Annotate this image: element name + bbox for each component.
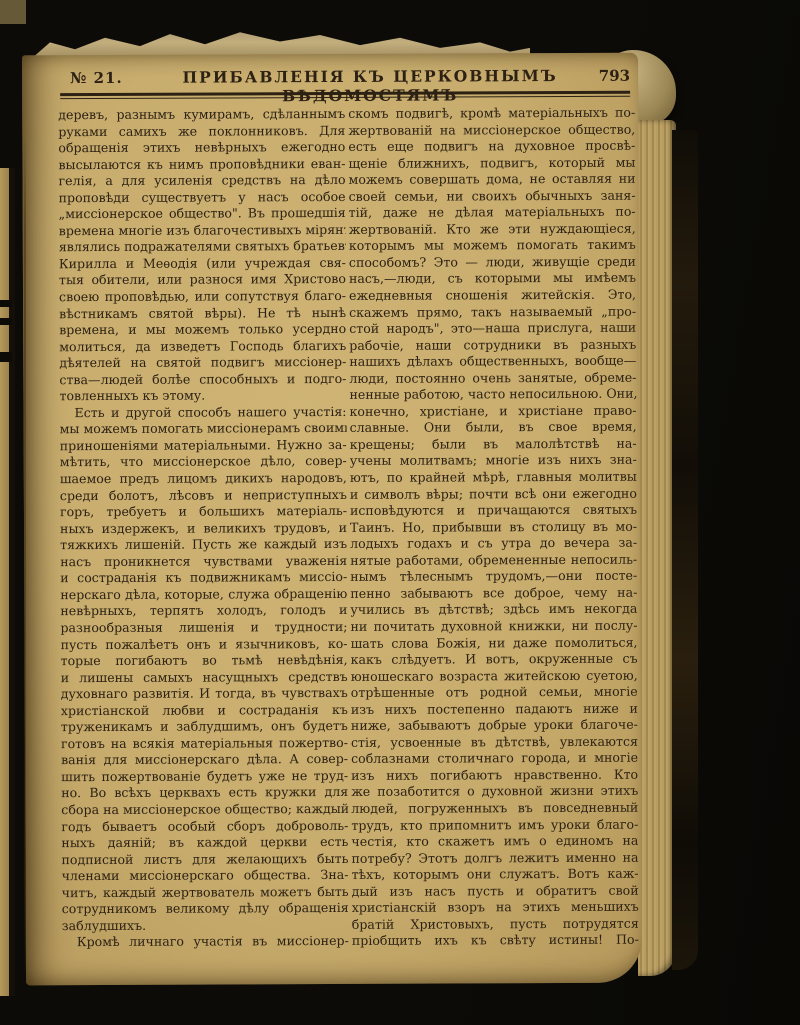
text-line: ванія для миссіонерскаго дѣла. А совер-	[61, 751, 348, 769]
text-line: соблазнами столичнаго города, и многіе	[351, 750, 638, 768]
page-header: № 21. ПРИБАВЛЕНІЯ КЪ ЦЕРКОВНЫМЪ ВѢДОМОСТ…	[58, 66, 632, 93]
text-line: торые погибаютъ во тьмѣ невѣдѣнія,	[61, 652, 348, 670]
issue-number: № 21.	[70, 69, 180, 87]
text-line: разнообразныя лишенія и трудности;	[60, 619, 347, 637]
text-line: молиться, да изведетъ Господь благихъ	[59, 338, 346, 356]
text-line: и состраданія къ подвижникамъ миссіо-	[60, 569, 347, 587]
text-line: духовнаго развитія. И тогда, въ чувствах…	[61, 685, 348, 703]
text-line: честія, кто скажетъ имъ о единомъ на	[351, 833, 638, 851]
left-column: деревъ, разнымъ кумирамъ, сдѣланнымърука…	[58, 106, 349, 951]
text-line: гелія, а для усиленія средствъ на дѣло	[58, 172, 345, 190]
text-line: стой народъ", это—наша прислуга, наши	[349, 320, 636, 338]
text-line: горъ, требуетъ и большихъ матеріаль-	[60, 503, 347, 521]
text-line: крещены; были въ малолѣтствѣ на-	[350, 436, 637, 454]
text-line: пусть пожалѣетъ онъ и язычниковъ, ко-	[61, 635, 348, 653]
scanned-page: № 21. ПРИБАВЛЕНІЯ КЪ ЦЕРКОВНЫМЪ ВѢДОМОСТ…	[22, 53, 642, 986]
text-line: обращенія этихъ невѣрныхъ ежегодно	[58, 139, 345, 157]
text-line: братій Христовыхъ, пусть потрудятся	[352, 915, 639, 933]
text-line: читъ, каждый жертвователь можетъ быть	[62, 884, 349, 902]
cover-marbled-edge	[672, 130, 698, 970]
text-line: нымъ тѣлеснымъ трудомъ,—они посте-	[350, 568, 637, 586]
text-line: ниже, забываютъ добрые уроки благоче-	[351, 717, 638, 735]
text-line: которымъ мы можемъ помогать такимъ	[349, 237, 636, 255]
text-line: ненные работою, часто непосильною. Они,	[349, 386, 636, 404]
text-line: какъ слѣдуетъ. И вотъ, окруженные съ	[351, 651, 638, 669]
text-line: исповѣдуются и причащаются святыхъ	[350, 502, 637, 520]
text-line: люди, постоянно очень занятые, обреме-	[349, 369, 636, 387]
binding-mark	[0, 352, 12, 362]
text-line: труженикамъ и заблудшимъ, онъ будетъ	[61, 718, 348, 736]
text-line: подписной листъ для желающихъ быть	[61, 851, 348, 869]
text-line: шать слова Божія, ни даже помолиться,	[351, 634, 638, 652]
text-line: людей, погруженныхъ въ повседневный	[351, 800, 638, 818]
text-line: готовъ на всякія матеріальныя пожертво-	[61, 735, 348, 753]
text-line: стія, усвоенные въ дѣтствѣ, увлекаются	[351, 733, 638, 751]
text-line: ныхъ издержекъ, и великихъ трудовъ, и	[60, 520, 347, 538]
text-line: дѣятелей на святой подвигъ миссіонер-	[59, 354, 346, 372]
text-line: рабочіе, наши сотрудники въ разныхъ	[349, 336, 636, 354]
text-line: насъ,—люди, съ которыми мы имѣемъ	[349, 270, 636, 288]
text-line: являлись подражателями святыхъ братьевъ	[59, 238, 346, 256]
text-line: времена многіе изъ благочестивыхъ мірянъ	[59, 222, 346, 240]
text-line: есть еще подвигъ на духовное просвѣ-	[348, 138, 635, 156]
text-line: пенно забываютъ все доброе, чему на-	[350, 585, 637, 603]
text-columns: деревъ, разнымъ кумирамъ, сдѣланнымърука…	[58, 103, 636, 951]
text-line: но. Во всѣхъ церквахъ есть кружки для	[61, 784, 348, 802]
text-line: ютъ, по крайней мѣрѣ, главныя молитвы	[350, 469, 637, 487]
text-line: жертвованій. Кто же эти нуждающіеся,	[349, 221, 636, 239]
text-line: учились въ дѣтствѣ; здѣсь имъ некогда	[350, 601, 637, 619]
text-line: изъ нихъ погибаютъ нравственно. Кто	[351, 767, 638, 785]
text-line: ныхъ даяній; въ каждой церкви есть	[61, 834, 348, 852]
text-line: скомъ подвигѣ, кромѣ матеріальныхъ по-	[348, 105, 635, 123]
text-line: своею проповѣдью, или сопутствуя благо-	[59, 288, 346, 306]
text-line: нерскаго дѣла, которые, служа обращенію	[60, 586, 347, 604]
text-line: потребу? Этотъ долгъ лежитъ именно на	[351, 849, 638, 867]
text-line: сотрудникомъ великому дѣлу обращенія	[62, 900, 349, 918]
text-line: конечно, христіане, и христіане право-	[349, 403, 636, 421]
text-line: Таинъ. Но, прибывши въ столицу въ мо-	[350, 518, 637, 536]
text-line: лодыхъ годахъ и съ утра до вечера за-	[350, 535, 637, 553]
text-line: и лишены самыхъ насущныхъ средствъ	[61, 669, 348, 687]
text-line: насъ проникнется чувствами уваженія	[60, 553, 347, 571]
text-line: сбора на миссіонерское общество; каждый	[61, 801, 348, 819]
page-number: 793	[560, 67, 630, 85]
text-line: товленныхъ къ этому.	[59, 387, 346, 405]
text-line: ни почитать духовной книжки, ни послу-	[350, 618, 637, 636]
text-line: пріобщить ихъ къ свѣту истины! По-	[352, 932, 639, 950]
text-line: юношескаго возраста житейскою суетою,	[351, 667, 638, 685]
right-column: скомъ подвигѣ, кромѣ матеріальныхъ по-же…	[348, 105, 639, 950]
text-line: годъ бываетъ особый сборъ доброволь-	[61, 817, 348, 835]
text-line: шить пожертвованіе будетъ уже не труд-	[61, 768, 348, 786]
text-line: можемъ совершать дома, не оставляя ни	[348, 171, 635, 189]
text-line: „миссіонерское общество". Въ прошедшія	[59, 205, 346, 223]
text-line: способомъ? Это — люди, живущіе среди	[349, 254, 636, 272]
text-line: щеніе ближнихъ, подвигъ, который мы	[348, 154, 635, 172]
page-content: № 21. ПРИБАВЛЕНІЯ КЪ ЦЕРКОВНЫМЪ ВѢДОМОСТ…	[22, 53, 642, 986]
text-line: скажемъ прямо, такъ называемый „про-	[349, 303, 636, 321]
previous-page-stub	[0, 168, 15, 996]
text-line: отрѣшенные отъ родной семьи, многіе	[351, 684, 638, 702]
text-line: и символъ вѣры; почти всѣ они ежегодно	[350, 485, 637, 503]
text-line: приношеніями матеріальными. Нужно за-	[60, 437, 347, 455]
text-line: дый изъ насъ пусть и обратитъ свой	[352, 882, 639, 900]
text-line: христіанской любви и состраданія къ	[61, 702, 348, 720]
text-line: нашихъ дѣлахъ общественныхъ, вообще—	[349, 353, 636, 371]
text-line: руками самихъ же поклонниковъ. Для	[58, 122, 345, 140]
text-line: же позаботится о духовной жизни этихъ	[351, 783, 638, 801]
text-line: тяжкихъ лишеній. Пусть же каждый изъ	[60, 536, 347, 554]
journal-title: ПРИБАВЛЕНІЯ КЪ ЦЕРКОВНЫМЪ ВѢДОМОСТЯМЪ	[180, 66, 560, 106]
text-line: учены молитвамъ; многіе изъ нихъ зна-	[350, 452, 637, 470]
text-line: проповѣди существуетъ у насъ особое	[59, 189, 346, 207]
book-fore-edge	[638, 120, 676, 976]
text-line: заблудшихъ.	[62, 917, 349, 935]
text-line: тыя обители, или разнося имя Христово	[59, 271, 346, 289]
text-line: трудъ, кто припомнитъ имъ уроки благо-	[351, 816, 638, 834]
text-line: невѣрныхъ, терпятъ холодъ, голодъ и	[60, 602, 347, 620]
binding-mark	[0, 318, 12, 325]
text-line: высылаются къ нимъ проповѣдники еван-	[58, 156, 345, 174]
text-line: шаемое предъ лицомъ дикихъ народовъ,	[60, 470, 347, 488]
text-line: тій, даже не дѣлая матеріальныхъ по-	[349, 204, 636, 222]
text-line: Есть и другой способъ нашего участія:	[60, 404, 347, 422]
book-corner-fragment	[0, 0, 26, 24]
scanned-book-photo: № 21. ПРИБАВЛЕНІЯ КЪ ЦЕРКОВНЫМЪ ВѢДОМОСТ…	[0, 0, 800, 1025]
text-line: христіанскій взоръ на этихъ меньшихъ	[352, 899, 639, 917]
text-line: нятые работами, обремененные непосиль-	[350, 551, 637, 569]
text-line: мѣтить, что миссіонерское дѣло, совер-	[60, 453, 347, 471]
text-line: жертвованій на миссіонерское общество,	[348, 121, 635, 139]
text-line: времена, и мы можемъ только усердно	[59, 321, 346, 339]
text-line: славные. Они были, въ свое время,	[350, 419, 637, 437]
text-line: среди болотъ, лѣсовъ и неприступныхъ	[60, 487, 347, 505]
text-line: Кирилла и Меѳодія (или учреждая свя-	[59, 255, 346, 273]
text-line: членами миссіонерскаго общества. Зна-	[62, 867, 349, 885]
text-line: изъ нихъ постепенно падаютъ ниже и	[351, 700, 638, 718]
binding-mark	[0, 300, 12, 307]
text-line: ежедневныя сношенія житейскія. Это,	[349, 287, 636, 305]
text-line: деревъ, разнымъ кумирамъ, сдѣланнымъ	[58, 106, 345, 124]
text-line: ства—людей болѣе способныхъ и подго-	[59, 371, 346, 389]
text-line: вѣстникамъ святой вѣры). Не тѣ нынѣ	[59, 304, 346, 322]
text-line: Кромѣ личнаго участія въ миссіонер-	[62, 933, 349, 951]
text-line: тѣхъ, которымъ они служатъ. Вотъ каж-	[352, 866, 639, 884]
text-line: своей семьи, ни своихъ обычныхъ заня-	[349, 187, 636, 205]
text-line: мы можемъ помогать миссіонерамъ своими	[60, 420, 347, 438]
gutter-crease-shadow	[24, 130, 26, 975]
